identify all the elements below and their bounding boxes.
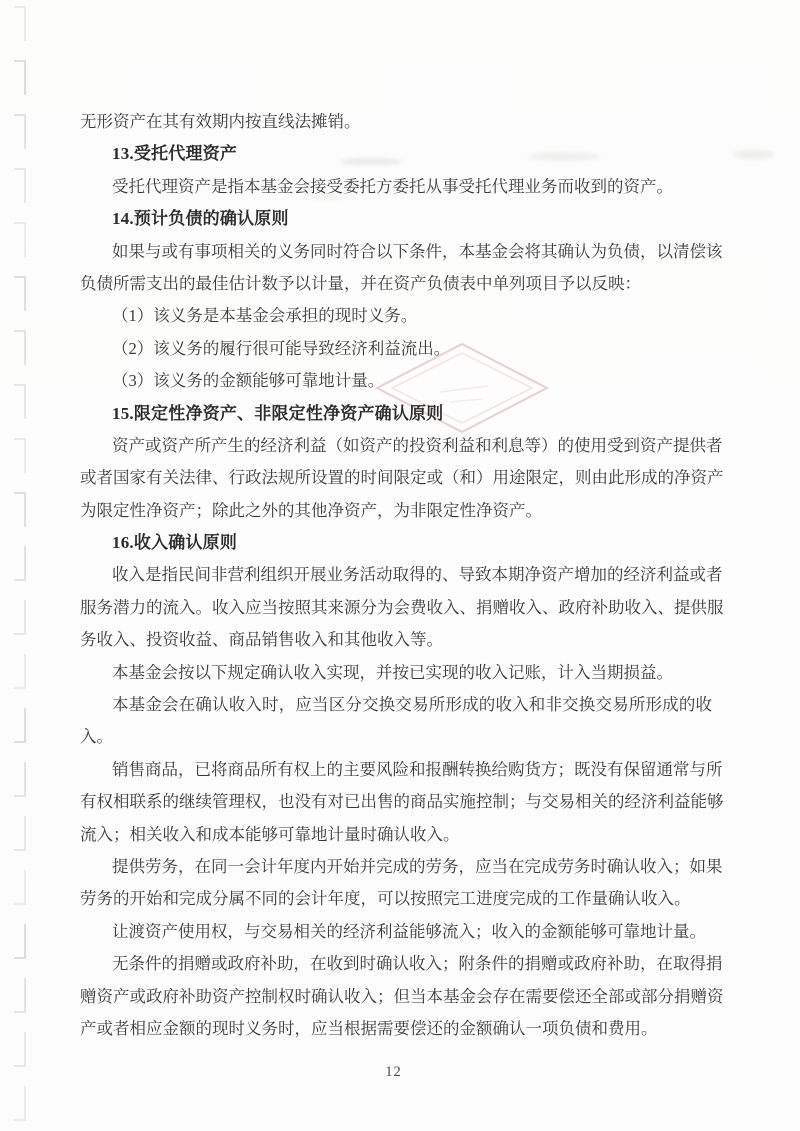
page-number: 12: [0, 1064, 787, 1081]
edge-mark: [14, 384, 26, 419]
text-line: 本基金会按以下规定确认收入实现，并按已实现的收入记账，计入当期损益。: [80, 657, 712, 689]
text-line: （1）该义务是本基金会承担的现时义务。: [80, 300, 712, 332]
edge-mark: [14, 114, 26, 149]
text-line: 负债所需支出的最佳估计数予以计量，并在资产负债表中单列项目予以反映：: [80, 268, 712, 300]
text-line: 或者国家有关法律、行政法规所设置的时间限定或（和）用途限定，则由此形成的净资产: [80, 462, 712, 494]
edge-mark: [14, 708, 26, 743]
edge-mark: [14, 168, 26, 203]
scanned-document: { "page": { "number": "12", "paper_color…: [0, 0, 800, 1131]
document-body: 无形资产在其有效期内按直线法摊销。13.受托代理资产受托代理资产是指本基金会接受…: [80, 106, 712, 1045]
text-line: 本基金会在确认收入时，应当区分交换交易所形成的收入和非交换交易所形成的收: [80, 689, 712, 721]
edge-mark: [14, 600, 26, 635]
edge-mark: [14, 762, 26, 797]
section-heading-line: 14.预计负债的确认原则: [80, 203, 712, 235]
edge-mark: [14, 276, 26, 311]
edge-mark: [14, 654, 26, 689]
text-line: 收入是指民间非营利组织开展业务活动取得的、导致本期净资产增加的经济利益或者: [80, 559, 712, 591]
text-line: 让渡资产使用权，与交易相关的经济利益能够流入；收入的金额能够可靠地计量。: [80, 916, 712, 948]
edge-mark: [14, 222, 26, 257]
edge-mark: [14, 924, 26, 959]
section-heading-line: 15.限定性净资产、非限定性净资产确认原则: [80, 398, 712, 430]
edge-mark: [14, 546, 26, 581]
edge-mark: [14, 6, 26, 41]
text-line: 赠资产或政府补助资产控制权时确认收入；但当本基金会存在需要偿还全部或部分捐赠资: [80, 981, 712, 1013]
section-heading-line: 13.受托代理资产: [80, 138, 712, 170]
text-line: 为限定性净资产；除此之外的其他净资产，为非限定性净资产。: [80, 495, 712, 527]
text-line: 流入；相关收入和成本能够可靠地计量时确认收入。: [80, 819, 712, 851]
text-line: 劳务的开始和完成分属不同的会计年度，可以按照完工进度完成的工作量确认收入。: [80, 883, 712, 915]
edge-mark: [14, 1086, 26, 1121]
edge-mark: [14, 438, 26, 473]
text-line: 无形资产在其有效期内按直线法摊销。: [80, 106, 712, 138]
text-line: 无条件的捐赠或政府补助，在收到时确认收入；附条件的捐赠或政府补助，在取得捐: [80, 948, 712, 980]
text-line: 入。: [80, 721, 712, 753]
text-line: （2）该义务的履行很可能导致经济利益流出。: [80, 333, 712, 365]
text-line: 务收入、投资收益、商品销售收入和其他收入等。: [80, 624, 712, 656]
edge-mark: [14, 1032, 26, 1067]
edge-mark: [14, 330, 26, 365]
text-line: 如果与或有事项相关的义务同时符合以下条件，本基金会将其确认为负债，以清偿该: [80, 236, 712, 268]
text-line: 服务潜力的流入。收入应当按照其来源分为会费收入、捐赠收入、政府补助收入、提供服: [80, 592, 712, 624]
text-line: 提供劳务，在同一会计年度内开始并完成的劳务，应当在完成劳务时确认收入；如果: [80, 851, 712, 883]
text-line: 产或者相应金额的现时义务时，应当根据需要偿还的金额确认一项负债和费用。: [80, 1013, 712, 1045]
text-line: （3）该义务的金额能够可靠地计量。: [80, 365, 712, 397]
edge-mark: [14, 492, 26, 527]
scan-smudge: [733, 150, 775, 159]
text-line: 销售商品，已将商品所有权上的主要风险和报酬转换给购货方；既没有保留通常与所: [80, 754, 712, 786]
edge-mark: [14, 816, 26, 851]
text-line: 受托代理资产是指本基金会接受委托方委托从事受托代理业务而收到的资产。: [80, 171, 712, 203]
text-line: 资产或资产所产生的经济利益（如资产的投资利益和利息等）的使用受到资产提供者: [80, 430, 712, 462]
text-line: 有权相联系的继续管理权，也没有对已出售的商品实施控制；与交易相关的经济利益能够: [80, 786, 712, 818]
edge-mark: [14, 978, 26, 1013]
edge-mark: [14, 60, 26, 95]
document-page: 无形资产在其有效期内按直线法摊销。13.受托代理资产受托代理资产是指本基金会接受…: [0, 0, 800, 1131]
section-heading-line: 16.收入确认原则: [80, 527, 712, 559]
edge-mark: [14, 870, 26, 905]
